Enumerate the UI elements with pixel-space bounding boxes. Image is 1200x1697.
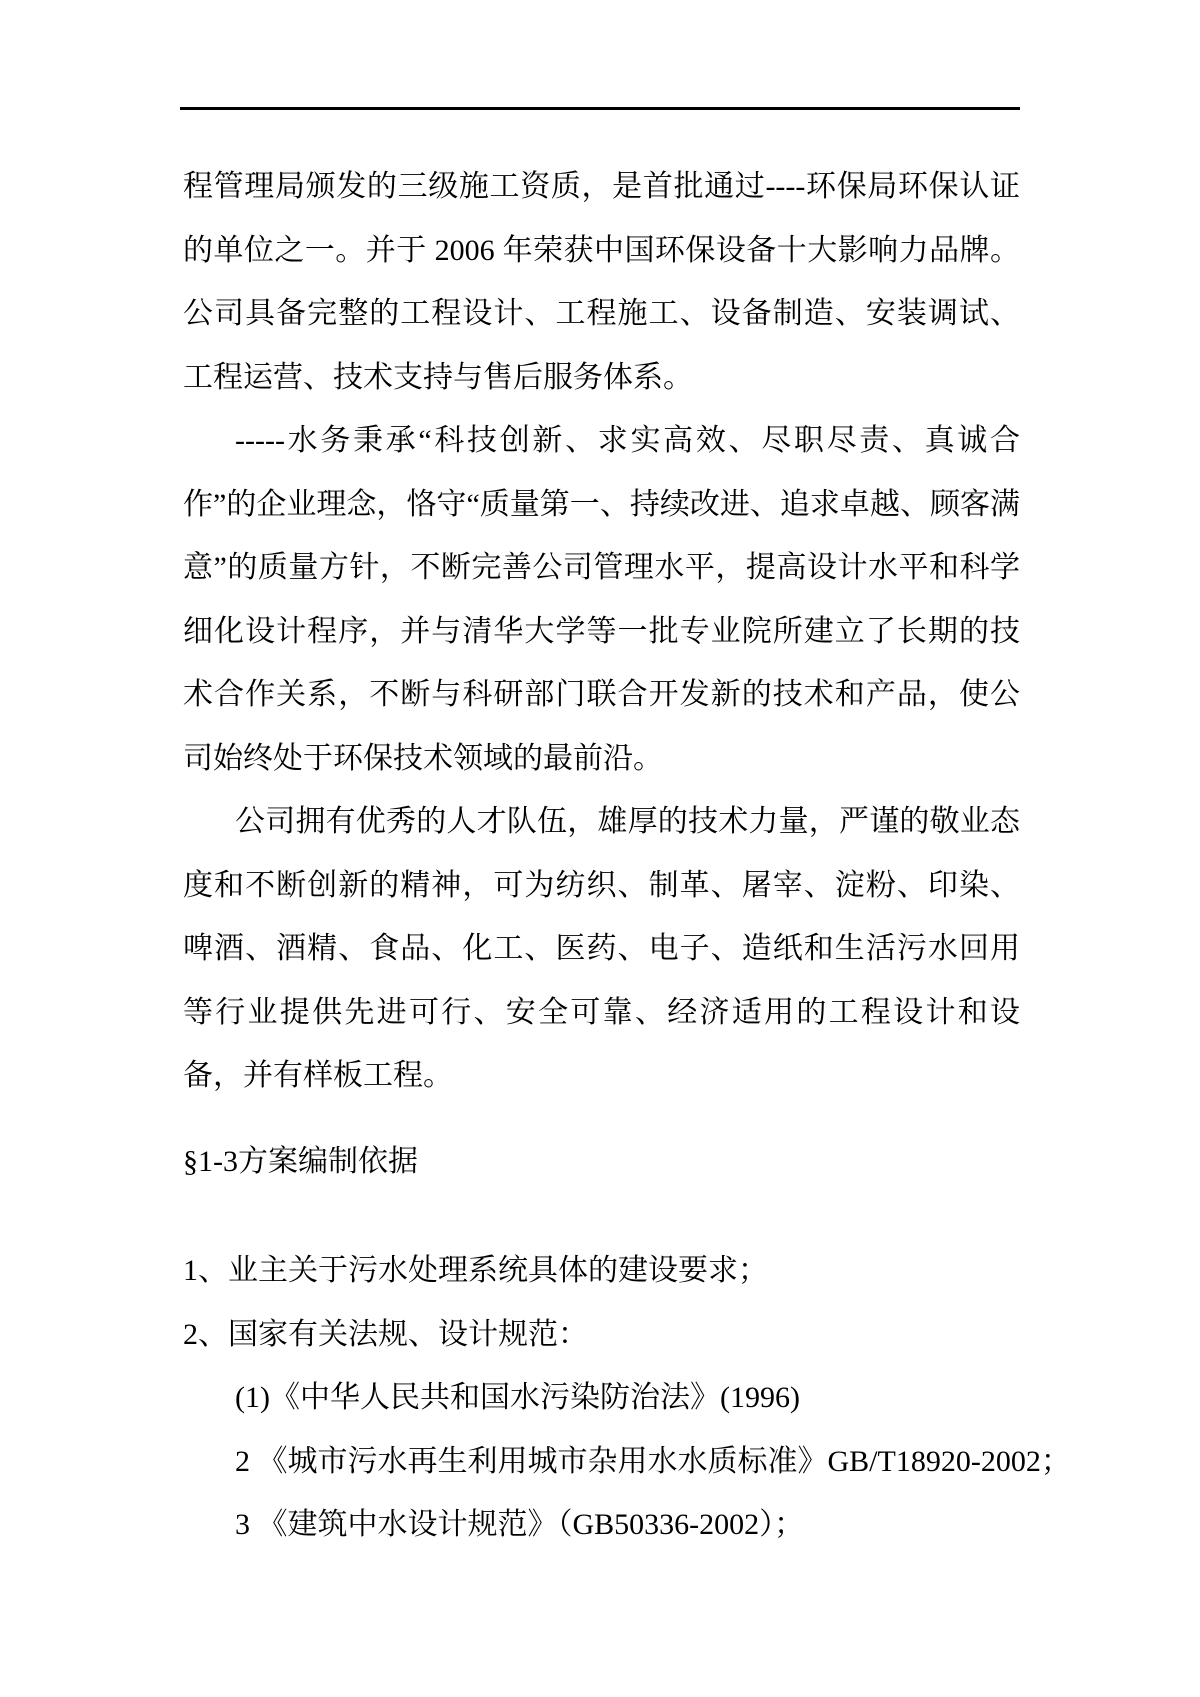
page-content: 程管理局颁发的三级施工资质，是首批通过----环保局环保认证的单位之一。并于 2…: [183, 155, 1020, 1557]
header-divider-line: [180, 107, 1020, 110]
paragraph-company-talent: 公司拥有优秀的人才队伍，雄厚的技术力量，严谨的敬业态度和不断创新的精神，可为纺织…: [183, 790, 1020, 1108]
document-page: 程管理局颁发的三级施工资质，是首批通过----环保局环保认证的单位之一。并于 2…: [0, 0, 1200, 1697]
sub-list-item-water-pollution-law: (1)《中华人民共和国水污染防治法》(1996): [183, 1366, 1020, 1430]
list-item-national-regulations: 2、国家有关法规、设计规范：: [183, 1303, 1020, 1367]
section-heading: §1-3方案编制依据: [183, 1130, 1020, 1194]
sub-list-item-reuse-standard: 2 《城市污水再生利用城市杂用水水质标准》GB/T18920-2002；: [183, 1430, 1020, 1494]
paragraph-company-philosophy: -----水务秉承“科技创新、求实高效、尽职尽责、真诚合作”的企业理念，恪守“质…: [183, 409, 1020, 790]
paragraph-company-qualifications: 程管理局颁发的三级施工资质，是首批通过----环保局环保认证的单位之一。并于 2…: [183, 155, 1020, 409]
list-item-owner-requirements: 1、业主关于污水处理系统具体的建设要求；: [183, 1239, 1020, 1303]
sub-list-item-reclaimed-water-code: 3 《建筑中水设计规范》（GB50336-2002）；: [183, 1493, 1020, 1557]
